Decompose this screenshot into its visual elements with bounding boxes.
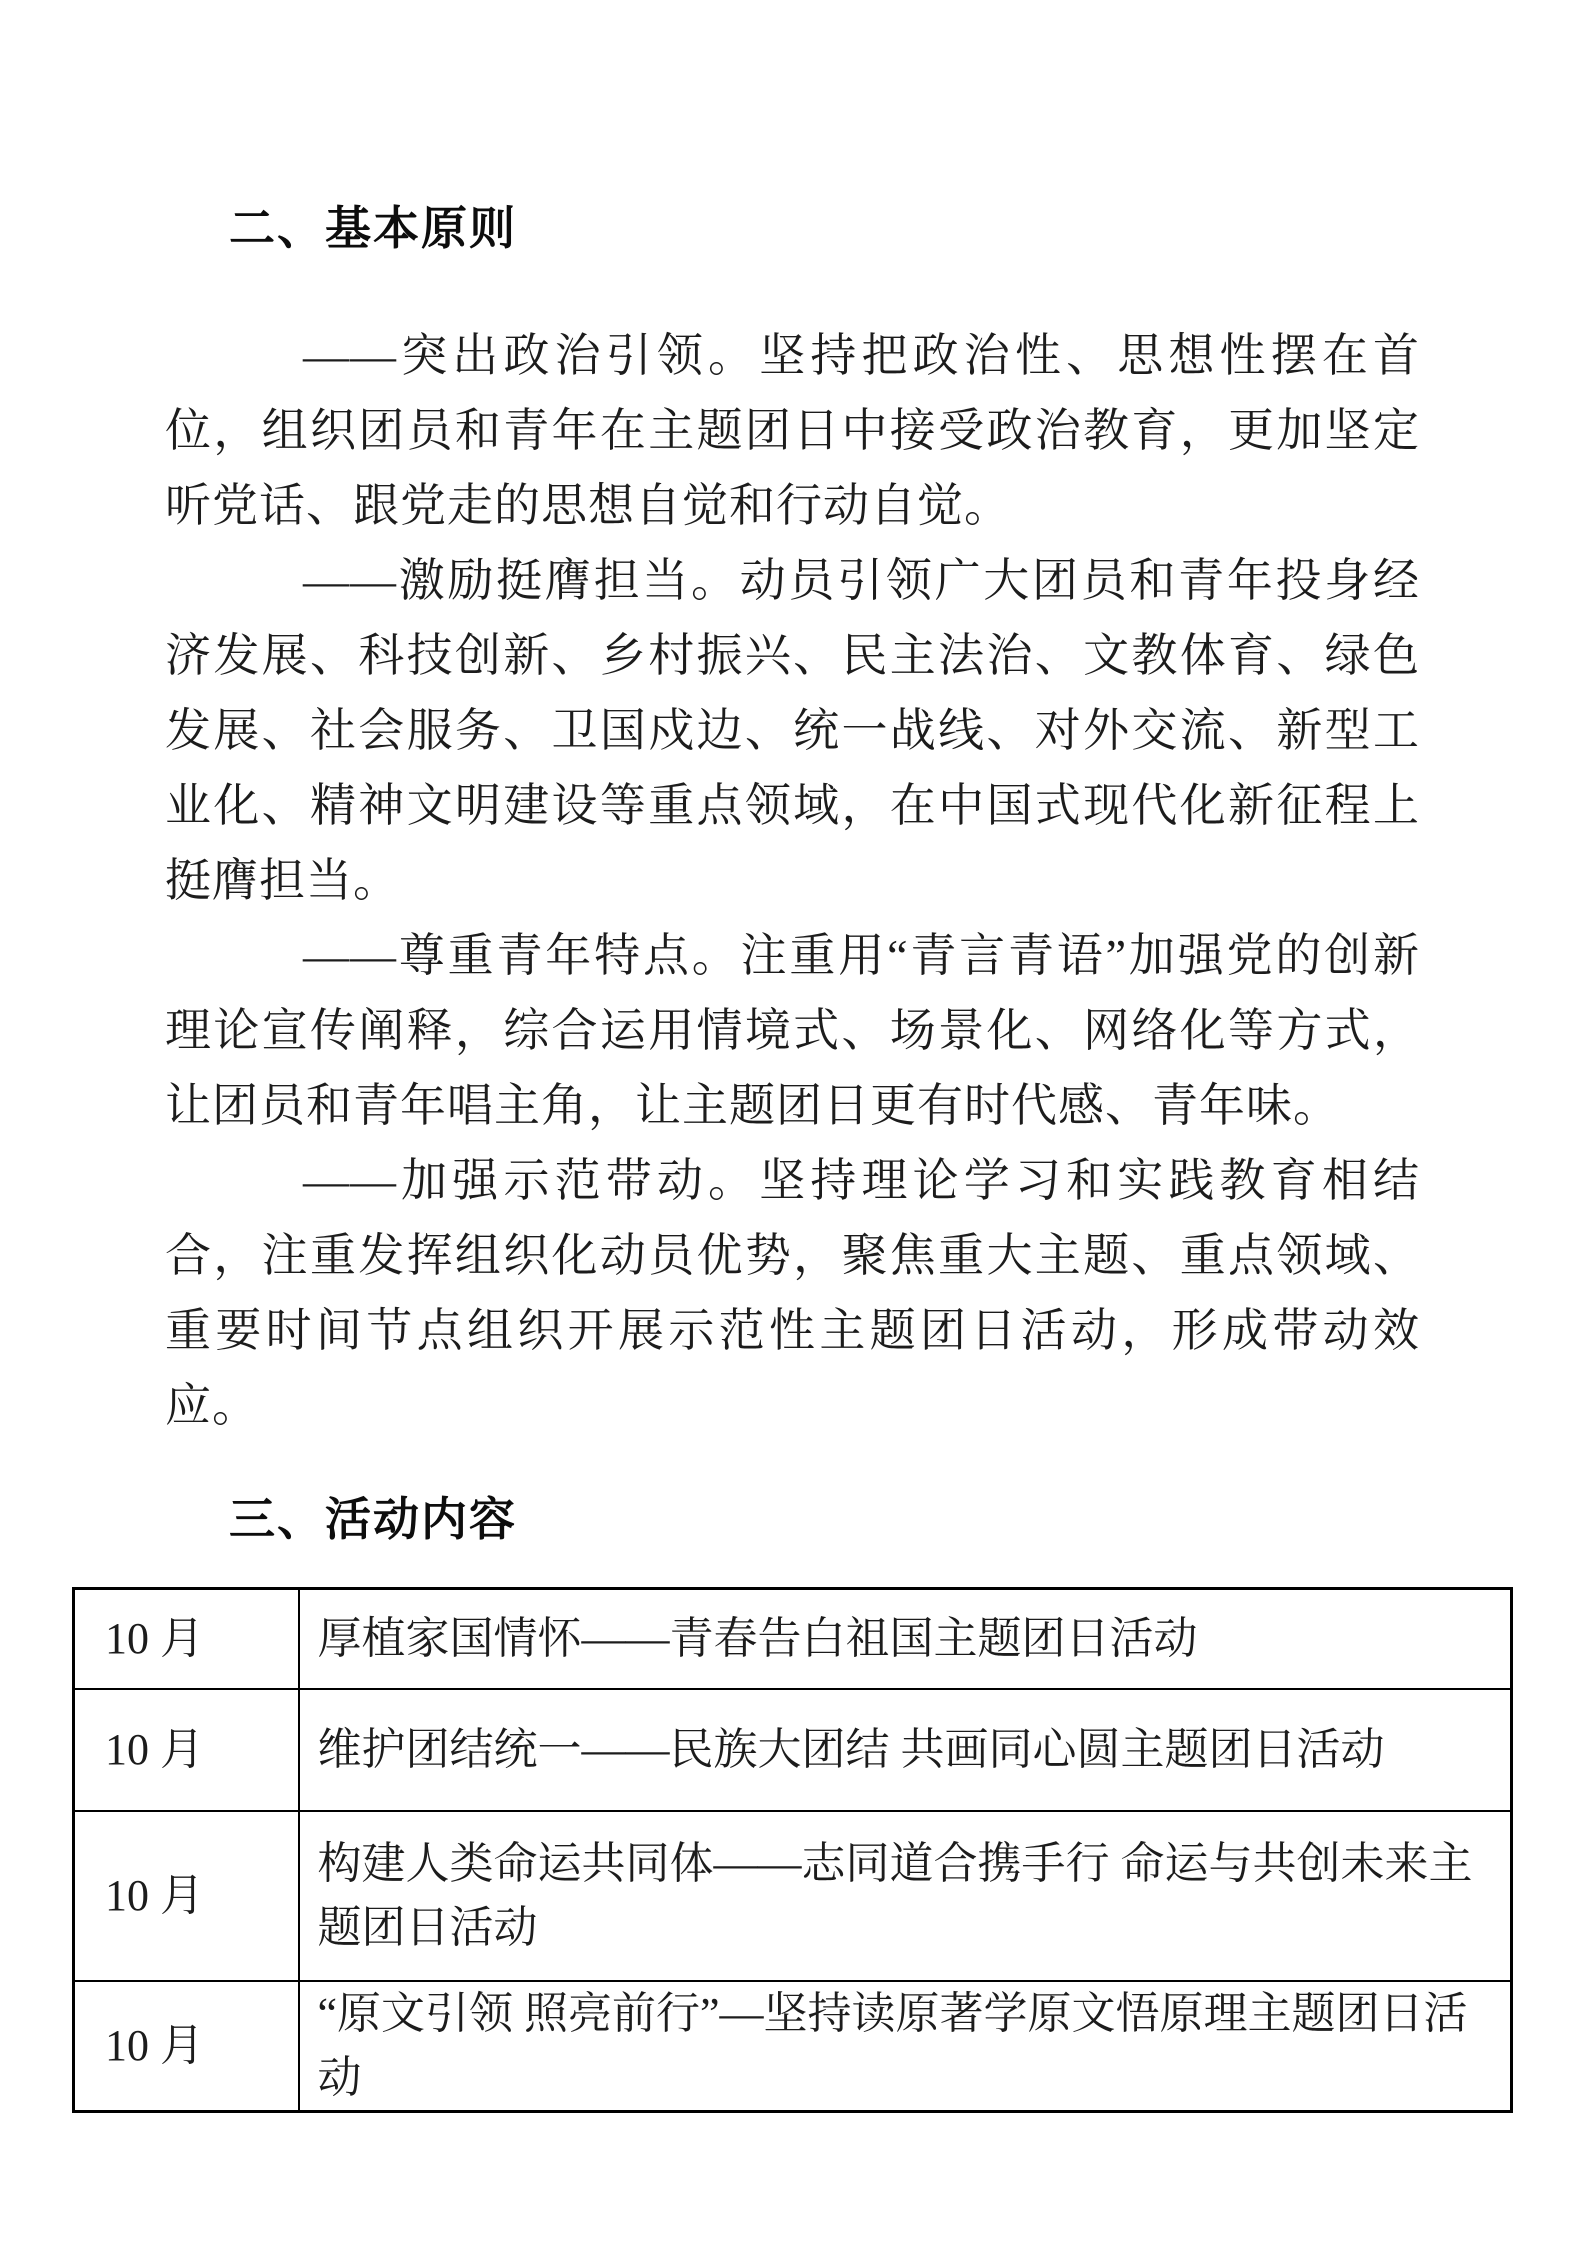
page-content: 二、基本原则 ——突出政治引领。坚持把政治性、思想性摆在首位，组织团员和青年在主… <box>0 0 1587 2113</box>
activity-cell: 维护团结统一——民族大团结 共画同心圆主题团日活动 <box>299 1689 1512 1811</box>
activities-table: 10 月 厚植家国情怀——青春告白祖国主题团日活动 10 月 维护团结统一——民… <box>72 1587 1513 2113</box>
paragraph-demonstration-drive: ——加强示范带动。坚持理论学习和实践教育相结合，注重发挥组织化动员优势，聚焦重大… <box>165 1143 1420 1443</box>
paragraph-respect-youth: ——尊重青年特点。注重用“青言青语”加强党的创新理论宣传阐释，综合运用情境式、场… <box>165 918 1420 1143</box>
paragraph-encourage-responsibility: ——激励挺膺担当。动员引领广大团员和青年投身经济发展、科技创新、乡村振兴、民主法… <box>165 543 1420 918</box>
section-heading-basic-principles: 二、基本原则 <box>165 200 1420 256</box>
month-cell: 10 月 <box>74 1589 299 1689</box>
table-row: 10 月 构建人类命运共同体——志同道合携手行 命运与共创未来主题团日活动 <box>74 1811 1512 1981</box>
month-cell: 10 月 <box>74 1811 299 1981</box>
month-cell: 10 月 <box>74 1689 299 1811</box>
table-row: 10 月 “原文引领 照亮前行”—坚持读原著学原文悟原理主题团日活动 <box>74 1981 1512 2112</box>
section-heading-activity-content: 三、活动内容 <box>165 1491 1420 1547</box>
table-row: 10 月 维护团结统一——民族大团结 共画同心圆主题团日活动 <box>74 1689 1512 1811</box>
paragraph-political-guidance: ——突出政治引领。坚持把政治性、思想性摆在首位，组织团员和青年在主题团日中接受政… <box>165 318 1420 543</box>
activity-cell: 厚植家国情怀——青春告白祖国主题团日活动 <box>299 1589 1512 1689</box>
table-row: 10 月 厚植家国情怀——青春告白祖国主题团日活动 <box>74 1589 1512 1689</box>
activity-cell: 构建人类命运共同体——志同道合携手行 命运与共创未来主题团日活动 <box>299 1811 1512 1981</box>
document-page: 二、基本原则 ——突出政治引领。坚持把政治性、思想性摆在首位，组织团员和青年在主… <box>0 0 1587 2245</box>
month-cell: 10 月 <box>74 1981 299 2112</box>
activity-cell: “原文引领 照亮前行”—坚持读原著学原文悟原理主题团日活动 <box>299 1981 1512 2112</box>
